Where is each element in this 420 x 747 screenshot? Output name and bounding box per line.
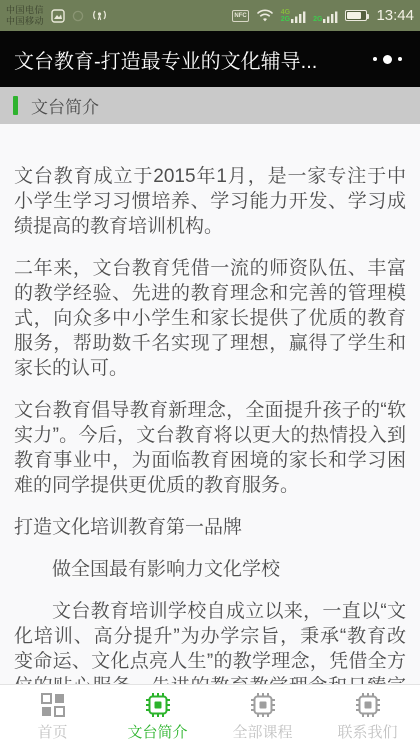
app-window: 中国电信 中国移动 NFC 4G 2G 2G (0, 0, 420, 747)
section-header: 文台简介 (0, 87, 420, 124)
chip-icon (355, 692, 381, 718)
slogan-line: 打造文化培训教育第一品牌 (14, 515, 406, 540)
carrier-labels: 中国电信 中国移动 (6, 5, 44, 27)
chip-icon (145, 692, 171, 718)
circle-icon (72, 10, 84, 22)
tab-label: 文台简介 (127, 721, 187, 742)
status-bar: 中国电信 中国移动 NFC 4G 2G 2G (0, 0, 420, 31)
tab-label: 首页 (37, 721, 67, 742)
tab-home[interactable]: 首页 (0, 685, 105, 747)
nfc-icon: NFC (232, 10, 248, 22)
sim2-signal-icon: 2G (313, 9, 338, 23)
grid-icon (40, 692, 66, 718)
carrier-telecom: 中国电信 (6, 5, 44, 16)
slogan-line: 做全国最有影响力文化学校 (14, 557, 406, 582)
tab-label: 联系我们 (337, 721, 397, 742)
hotspot-icon (91, 9, 108, 22)
paragraph: 二年来，文台教育凭借一流的师资队伍、丰富的教学经验、先进的教育理念和完善的管理模… (14, 256, 406, 381)
tab-bar: 首页 文台简介 全部课程 (0, 684, 420, 747)
more-dots-icon[interactable] (371, 47, 404, 72)
tab-contact[interactable]: 联系我们 (315, 685, 420, 747)
tab-label: 全部课程 (232, 721, 292, 742)
title-bar: 文台教育-打造最专业的文化辅导... (0, 31, 420, 87)
battery-icon (345, 10, 367, 21)
chip-icon (250, 692, 276, 718)
tab-courses[interactable]: 全部课程 (210, 685, 315, 747)
paragraph: 文台教育成立于2015年1月，是一家专注于中小学生学习习惯培养、学习能力开发、学… (14, 164, 406, 239)
sim1-signal-icon: 4G 2G (281, 9, 306, 23)
page-title: 文台教育-打造最专业的文化辅导... (14, 45, 371, 74)
status-time: 13:44 (376, 7, 414, 24)
screenshot-icon (51, 9, 65, 23)
section-accent-bar (13, 96, 18, 115)
article-content[interactable]: 文台教育成立于2015年1月，是一家专注于中小学生学习习惯培养、学习能力开发、学… (0, 124, 420, 684)
carrier-mobile: 中国移动 (6, 16, 44, 27)
section-title: 文台简介 (31, 93, 99, 118)
tab-intro[interactable]: 文台简介 (105, 685, 210, 747)
paragraph: 文台教育倡导教育新理念，全面提升孩子的“软实力”。今后，文台教育将以更大的热情投… (14, 398, 406, 498)
paragraph-clipped: 文台教育培训学校自成立以来，一直以“文化培训、高分提升”为办学宗旨，秉承“教育改… (14, 599, 406, 684)
wifi-icon (256, 9, 274, 22)
